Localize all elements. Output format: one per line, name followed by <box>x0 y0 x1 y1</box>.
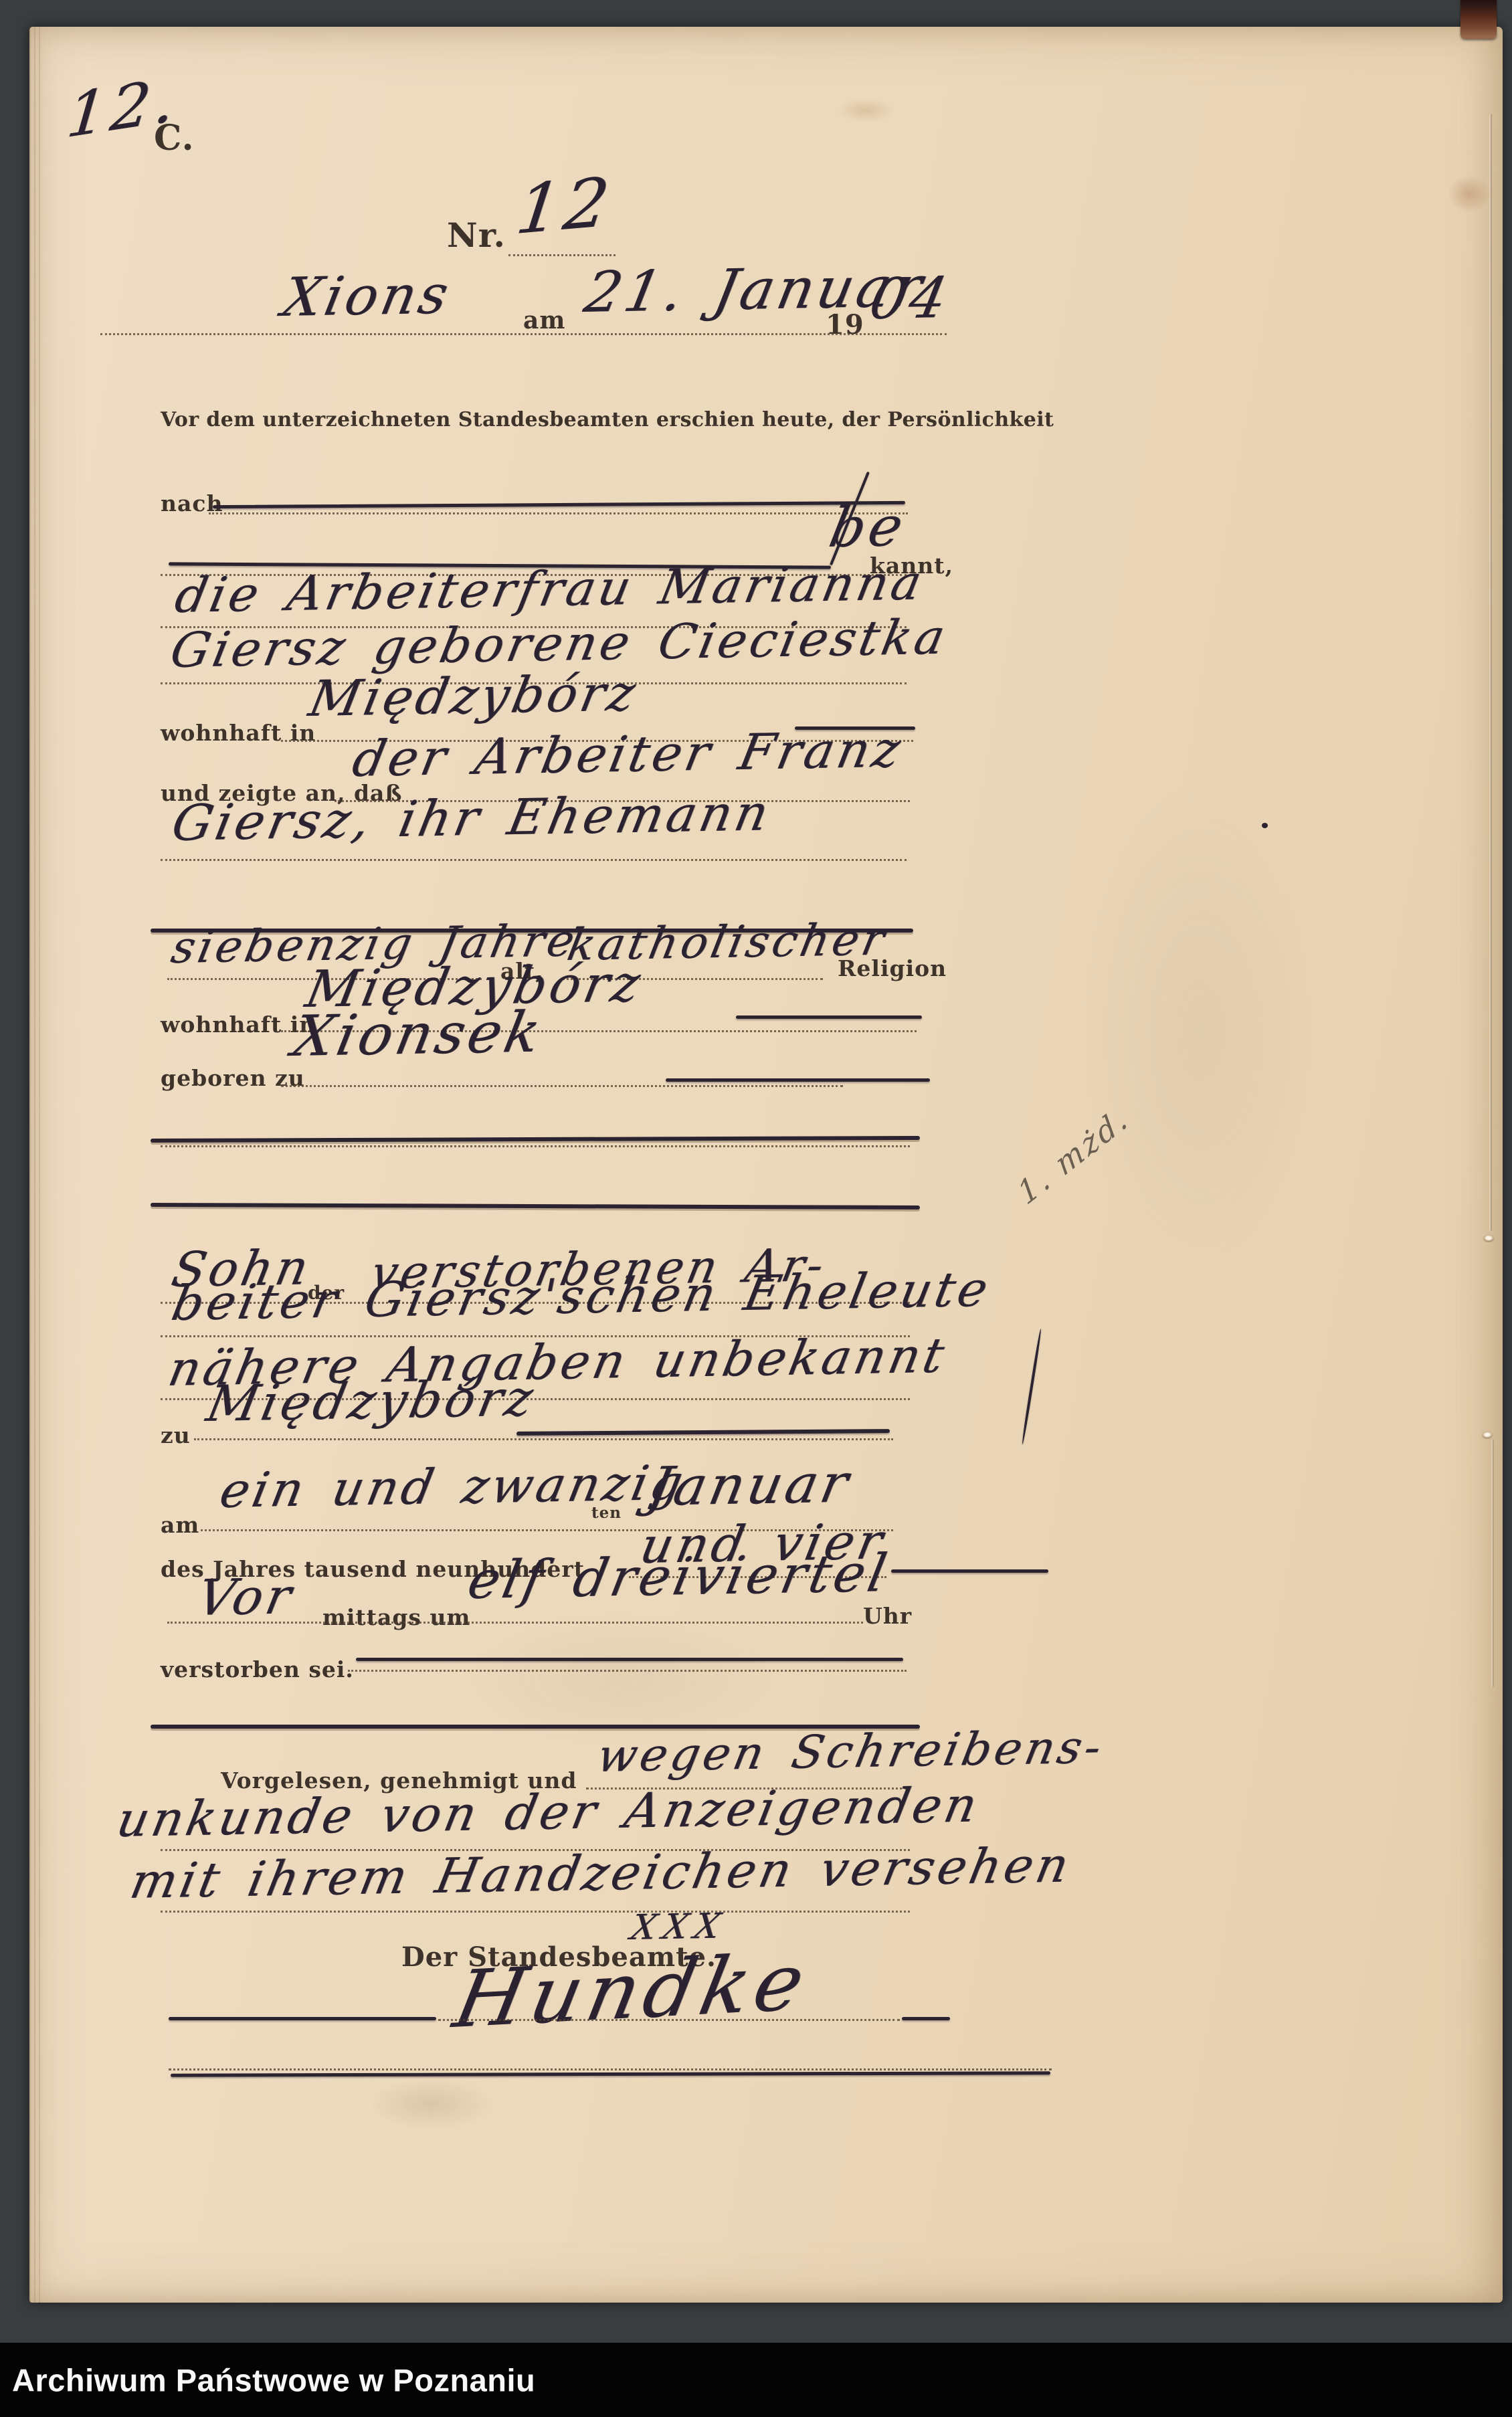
ink-stroke <box>736 1016 922 1019</box>
ink-stroke <box>891 1569 1048 1573</box>
mittags-label: mittags um <box>322 1604 470 1630</box>
dotted-line <box>281 1085 843 1087</box>
fold-crease <box>1489 114 1492 1231</box>
archive-caption-bar: Archiwum Państwowe w Poznaniu <box>0 2343 1512 2417</box>
dotted-line <box>161 1145 910 1147</box>
deceased-line2: Giersz, ihr Ehemann <box>167 784 776 852</box>
ink-speck <box>1262 823 1268 828</box>
intro-text: Vor dem unterzeichneten Standesbeamten e… <box>161 408 1054 431</box>
uhr-label: Uhr <box>863 1603 912 1629</box>
geboren-label: geboren zu <box>161 1065 305 1091</box>
am2-label: am <box>161 1512 199 1538</box>
am-label: am <box>523 306 565 334</box>
closing-handwritten-1: wegen Schreibens- <box>593 1721 1109 1783</box>
wohnhaft1-label: wohnhaft in <box>161 720 316 746</box>
scanned-document: 12. C. Nr. 12 Xions am 21. Januar 19 04 … <box>0 0 1512 2417</box>
birthplace-value: Xionsek <box>288 999 549 1069</box>
zu-label: zu <box>161 1422 191 1448</box>
year-printed-prefix: 19 <box>826 309 864 341</box>
time-value: elf dreiviertel <box>463 1543 894 1611</box>
verstorben-label: verstorben sei. <box>161 1656 354 1682</box>
ink-stroke <box>169 2017 436 2020</box>
registry-place-value: Xions <box>278 264 456 328</box>
stitch-hole <box>1484 1235 1493 1241</box>
ten-suffix-label: ten <box>591 1504 622 1522</box>
record-number-value: 12 <box>512 163 617 250</box>
registrar-signature: Hundke <box>447 1935 817 2046</box>
death-month-value: Januar <box>644 1452 856 1518</box>
bekannt-prefix-handwritten: be <box>824 495 911 560</box>
page-stack-edge <box>29 27 43 2303</box>
religion-label: Religion <box>838 955 947 981</box>
ink-stroke <box>902 2017 950 2020</box>
ink-stroke <box>666 1078 930 1082</box>
binding-tab <box>1460 0 1497 39</box>
dotted-line <box>209 512 908 514</box>
deceased-line1: der Arbeiter Franz <box>348 721 908 788</box>
dotted-line <box>167 1622 863 1624</box>
dotted-line <box>161 859 907 861</box>
deathplace-value: Międzybórz <box>202 1370 541 1433</box>
dotted-line <box>438 2019 900 2021</box>
archive-name-label: Archiwum Państwowe w Poznaniu <box>12 2361 535 2398</box>
corner-letter: C. <box>154 118 195 159</box>
ink-stroke <box>356 1658 903 1661</box>
dotted-line <box>161 1911 910 1913</box>
residence1-value: Międzybórz <box>304 665 643 728</box>
dotted-line <box>194 1438 893 1440</box>
dotted-line <box>169 2068 1052 2070</box>
dotted-line <box>348 1670 907 1672</box>
record-number-label: Nr. <box>447 215 506 255</box>
stitch-hole <box>1483 1432 1492 1438</box>
dotted-line <box>100 333 947 335</box>
binding-thread <box>1491 1440 1494 1687</box>
dotted-line <box>508 254 616 256</box>
year-handwritten: 04 <box>864 265 955 332</box>
wohnhaft2-label: wohnhaft in <box>161 1011 316 1038</box>
vor-handwritten: Vor <box>193 1568 299 1627</box>
